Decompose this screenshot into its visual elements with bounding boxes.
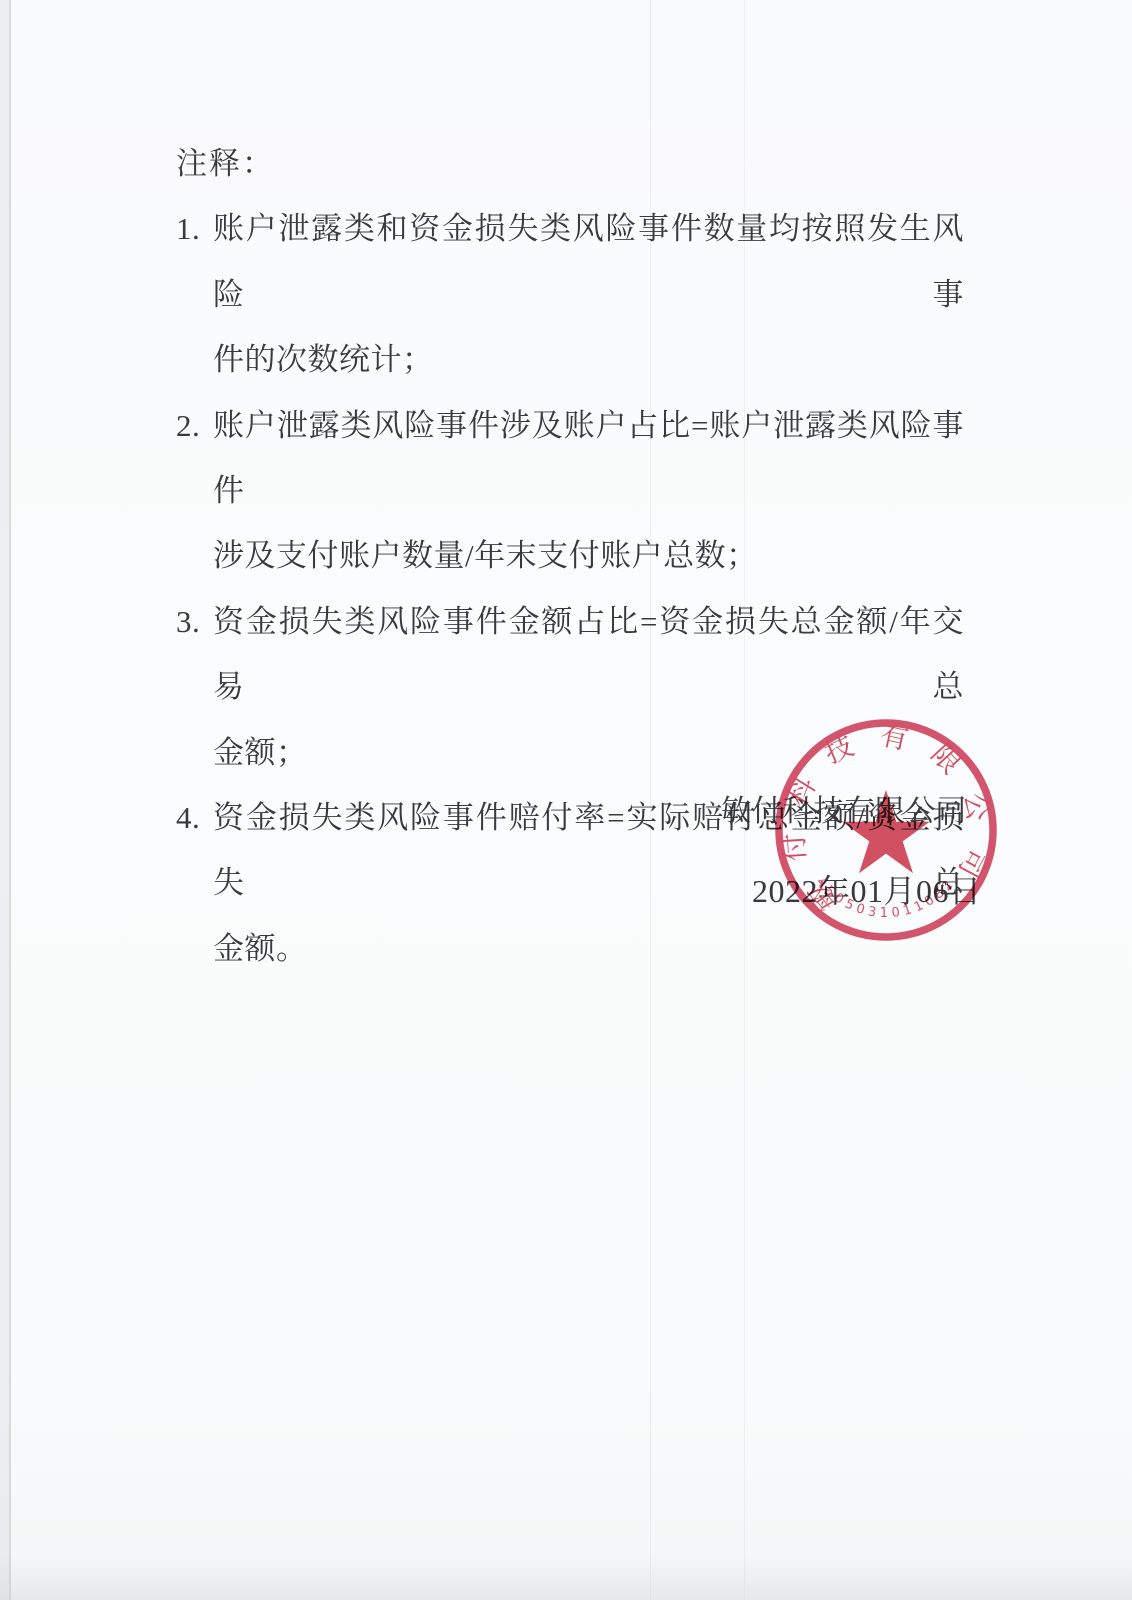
scan-edge-line [9,0,11,1600]
note-line: 件的次数统计； [213,327,964,392]
note-item-2: 2. 账户泄露类风险事件涉及账户占比=账户泄露类风险事件 涉及支付账户数量/年末… [176,393,964,589]
notes-heading: 注释： [176,131,964,196]
scan-edge-strip [0,0,9,1600]
note-line: 金额。 [213,916,964,981]
note-number: 1. [176,196,213,392]
notes-section: 注释： 1. 账户泄露类和资金损失类风险事件数量均按照发生风险事 件的次数统计；… [176,131,964,981]
company-name: 敏付科技有限公司 [721,786,967,830]
note-text: 账户泄露类风险事件涉及账户占比=账户泄露类风险事件 涉及支付账户数量/年末支付账… [213,393,964,589]
note-item-3: 3. 资金损失类风险事件金额占比=资金损失总金额/年交易总 金额； [176,589,964,785]
note-line: 账户泄露类和资金损失类风险事件数量均按照发生风险事 [213,196,964,327]
note-text: 资金损失类风险事件金额占比=资金损失总金额/年交易总 金额； [213,589,964,785]
scanned-page: 注释： 1. 账户泄露类和资金损失类风险事件数量均按照发生风险事 件的次数统计；… [0,0,1132,1600]
note-number: 4. [176,785,213,981]
note-line: 账户泄露类风险事件涉及账户占比=账户泄露类风险事件 [213,393,964,524]
scan-bottom-shadow [0,1554,1132,1600]
note-text: 账户泄露类和资金损失类风险事件数量均按照发生风险事 件的次数统计； [213,196,964,392]
note-item-1: 1. 账户泄露类和资金损失类风险事件数量均按照发生风险事 件的次数统计； [176,196,964,392]
signature-date: 2022年01月06日 [752,866,982,912]
note-number: 2. [176,393,213,589]
note-line: 金额； [213,720,964,785]
note-line: 资金损失类风险事件金额占比=资金损失总金额/年交易总 [213,589,964,720]
note-line: 涉及支付账户数量/年末支付账户总数； [213,523,964,588]
note-number: 3. [176,589,213,785]
